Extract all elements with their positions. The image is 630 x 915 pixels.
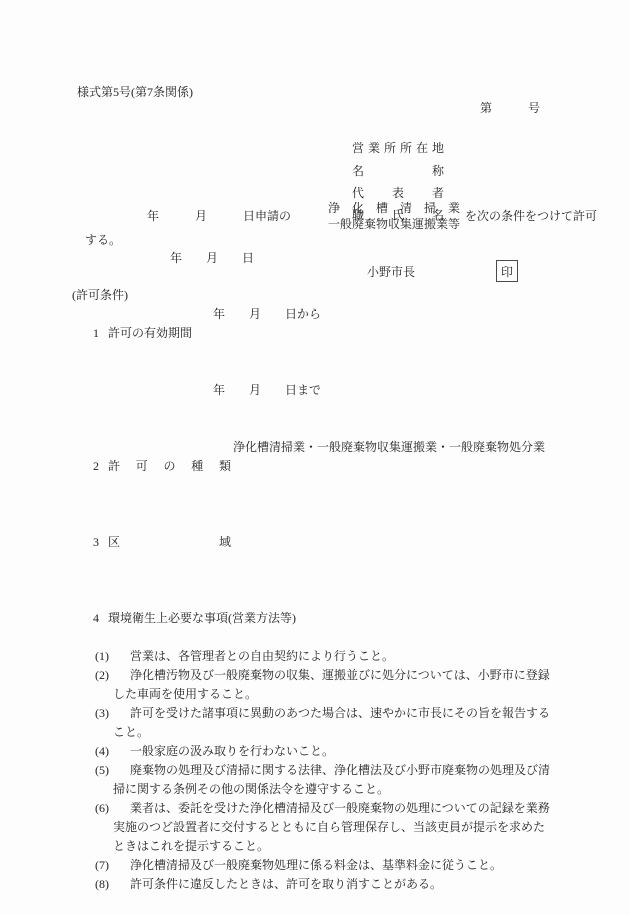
subitem-number: (7) xyxy=(95,856,130,875)
subitem-text: 一般家庭の汲み取りを行わないこと。 xyxy=(130,744,334,758)
item-label: 許 可 の 種 類 xyxy=(108,457,231,476)
item-number: 2 xyxy=(93,457,108,476)
subitem-text: 許可条件に違反したときは、許可を取り消すことがある。 xyxy=(130,877,442,891)
subitem-number: (8) xyxy=(95,875,130,894)
sub-condition-5: (5)廃棄物の処理及び清掃に関する法律、浄化槽法及び小野市廃棄物の処理及び清掃に… xyxy=(95,761,550,799)
item-label: 許可の有効期間 xyxy=(108,324,192,343)
conditions-title: (許可条件) xyxy=(0,286,630,305)
application-sentence: 年 月 日申請の浄 化 槽 清 掃 業一般廃棄物収集運搬業等を次の条件をつけて許… xyxy=(147,200,597,232)
item-number: 3 xyxy=(93,533,108,552)
subitem-text: 許可を受けた諸事項に異動のあつた場合は、速やかに市長にその旨を報告すること。 xyxy=(113,706,550,739)
sub-condition-4: (4)一般家庭の汲み取りを行わないこと。 xyxy=(95,742,550,761)
subitem-number: (5) xyxy=(95,761,130,780)
condition-item-validity: 1許可の有効期間 年 月 日から xyxy=(0,305,630,381)
conditions-section: (許可条件) 1許可の有効期間 年 月 日から 年 月 日まで 2許 可 の 種… xyxy=(0,286,630,894)
sub-condition-3: (3)許可を受けた諸事項に異動のあつた場合は、速やかに市長にその旨を報告すること… xyxy=(95,704,550,742)
permit-clause: を次の条件をつけて許可 xyxy=(465,207,597,225)
validity-from: 年 月 日から xyxy=(213,305,321,324)
business-type-septic: 浄 化 槽 清 掃 業 xyxy=(328,200,460,216)
sub-conditions-list: (1)営業は、各管理者との自由契約により行うこと。 (2)浄化槽汚物及び一般廃棄… xyxy=(95,647,550,894)
subitem-text: 廃棄物の処理及び清掃に関する法律、浄化槽法及び小野市廃棄物の処理及び清掃に関する… xyxy=(113,763,550,796)
validity-to: 年 月 日まで xyxy=(213,381,321,400)
item-number: 4 xyxy=(93,609,108,628)
subitem-number: (6) xyxy=(95,799,130,818)
subitem-number: (4) xyxy=(95,742,130,761)
condition-item-sanitary: 4環境衛生上必要な事項(営業方法等) xyxy=(0,590,630,647)
subitem-text: 浄化槽汚物及び一般廃棄物の収集、運搬並びに処分については、小野市に登録した車両を… xyxy=(113,668,550,701)
business-type-waste: 一般廃棄物収集運搬業等 xyxy=(328,216,460,232)
sub-condition-7: (7)浄化槽清掃及び一般廃棄物処理に係る料金は、基準料金に従うこと。 xyxy=(95,856,550,875)
condition-item-validity-line2: 年 月 日まで xyxy=(0,381,630,438)
document-number: 第 号 xyxy=(480,99,540,117)
application-date: 年 月 日申請の xyxy=(147,207,291,225)
condition-item-permit-types: 2許 可 の 種 類 浄化槽清掃業・一般廃棄物収集運搬業・一般廃棄物処分業 xyxy=(0,438,630,514)
permit-types-value: 浄化槽清掃業・一般廃棄物収集運搬業・一般廃棄物処分業 xyxy=(233,438,545,457)
item-label: 環境衛生上必要な事項(営業方法等) xyxy=(108,609,296,628)
subitem-number: (1) xyxy=(95,647,130,666)
sub-condition-8: (8)許可条件に違反したときは、許可を取り消すことがある。 xyxy=(95,875,550,894)
condition-item-area: 3区 域 xyxy=(0,514,630,590)
business-type-stack: 浄 化 槽 清 掃 業一般廃棄物収集運搬業等 xyxy=(328,200,460,232)
item-label: 区 域 xyxy=(108,533,231,552)
subitem-number: (2) xyxy=(95,666,130,685)
subitem-text: 業者は、委託を受けた浄化槽清掃及び一般廃棄物の処理についての記録を業務実施のつど… xyxy=(113,801,550,853)
form-label: 様式第5号(第7条関係) xyxy=(77,83,193,101)
issue-date: 年 月 日 xyxy=(170,249,254,267)
permit-clause-continuation: する。 xyxy=(85,231,121,249)
sub-condition-2: (2)浄化槽汚物及び一般廃棄物の収集、運搬並びに処分については、小野市に登録した… xyxy=(95,666,550,704)
item-number: 1 xyxy=(93,324,108,343)
subitem-text: 営業は、各管理者との自由契約により行うこと。 xyxy=(130,649,394,663)
subitem-text: 浄化槽清掃及び一般廃棄物処理に係る料金は、基準料金に従うこと。 xyxy=(130,858,502,872)
sub-condition-1: (1)営業は、各管理者との自由契約により行うこと。 xyxy=(95,647,550,666)
sub-condition-6: (6)業者は、委託を受けた浄化槽清掃及び一般廃棄物の処理についての記録を業務実施… xyxy=(95,799,550,856)
issuer-mayor: 小野市長 xyxy=(367,263,415,281)
seal-stamp-box: 印 xyxy=(496,260,518,282)
permit-document-page: 様式第5号(第7条関係) 第 号 営業所所在地 名 称 代 表 者 職 氏 名 … xyxy=(0,0,630,915)
subitem-number: (3) xyxy=(95,704,130,723)
